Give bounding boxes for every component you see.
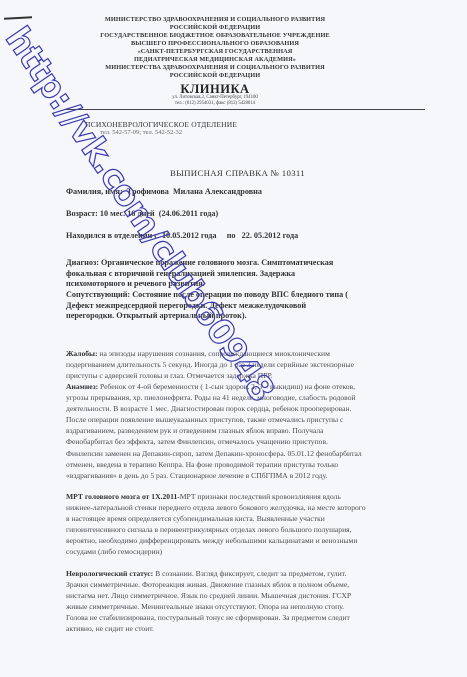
section-anamnesis: Анамнез: Ребенок от 4-ой беременности ( …	[66, 381, 366, 481]
patient-age: Возраст: 10 мес. 16 дней (24.06.2011 год…	[66, 209, 218, 218]
section-label: Анамнез:	[66, 382, 98, 391]
diagnosis-concomitant: Сопутствующий: Состояние после операции …	[66, 290, 356, 322]
header-line: МИНИСТЕРСТВА ЗДРАВООХРАНЕНИЯ И СОЦИАЛЬНО…	[40, 64, 390, 72]
document-title: ВЫПИСНАЯ СПРАВКА № 10311	[170, 168, 305, 178]
section-text: В сознании. Взгляд фиксирует, следит за …	[66, 569, 351, 633]
clinic-phones: тел.: (812) 2954031, факс (812) 5428014	[40, 101, 390, 107]
document-page: МИНИСТЕРСТВО ЗДРАВООХРАНЕНИЯ И СОЦИАЛЬНО…	[0, 0, 467, 677]
section-label: МРТ головного мозга от 1Х.2011-	[66, 492, 180, 501]
header-divider	[65, 109, 425, 110]
header-line: РОССИЙСКОЙ ФЕДЕРАЦИИ	[40, 72, 390, 80]
section-text: Ребенок от 4-ой беременности ( 1-сын здо…	[66, 382, 362, 480]
department-name: ПСИХОНЕВРОЛОГИЧЕСКОЕ ОТДЕЛЕНИЕ	[85, 120, 237, 129]
header-line: ГОСУДАРСТВЕННОЕ БЮДЖЕТНОЕ ОБРАЗОВАТЕЛЬНО…	[40, 32, 390, 40]
section-label: Неврологический статус:	[66, 569, 153, 578]
header-line: «САНКТ-ПЕТЕРБУРГСКАЯ ГОСУДАРСТВЕННАЯ	[40, 48, 390, 56]
header-line: ПЕДИАТРИЧЕСКАЯ МЕДИЦИНСКАЯ АКАДЕМИЯ»	[40, 56, 390, 64]
header-line: РОССИЙСКОЙ ФЕДЕРАЦИИ	[40, 24, 390, 32]
section-label: Жалобы:	[66, 349, 98, 358]
corner-pen-mark	[4, 16, 32, 19]
section-complaints: Жалобы: на эпизоды нарушения сознания, с…	[66, 348, 366, 381]
section-text: на эпизоды нарушения сознания, сопровожд…	[66, 349, 354, 380]
section-mri: МРТ головного мозга от 1Х.2011-МРТ призн…	[66, 491, 366, 558]
section-neuro-status: Неврологический статус: В сознании. Взгл…	[66, 568, 366, 635]
header-line: ВЫСШЕГО ПРОФЕССИОНАЛЬНОГО ОБРАЗОВАНИЯ	[40, 40, 390, 48]
patient-name: Фамилия, имя: Трофимова Милана Александр…	[66, 187, 262, 196]
patient-stay: Находился в отделении с 10.05.2012 года …	[66, 231, 298, 240]
header-line: МИНИСТЕРСТВО ЗДРАВООХРАНЕНИЯ И СОЦИАЛЬНО…	[40, 16, 390, 24]
department-tel: тел. 542-57-09; тел. 542-52-32	[100, 129, 182, 136]
diagnosis-main: Диагноз: Органическое поражение головног…	[66, 258, 356, 290]
section-text: МРТ признаки последствий кровоизлияния в…	[66, 492, 366, 556]
